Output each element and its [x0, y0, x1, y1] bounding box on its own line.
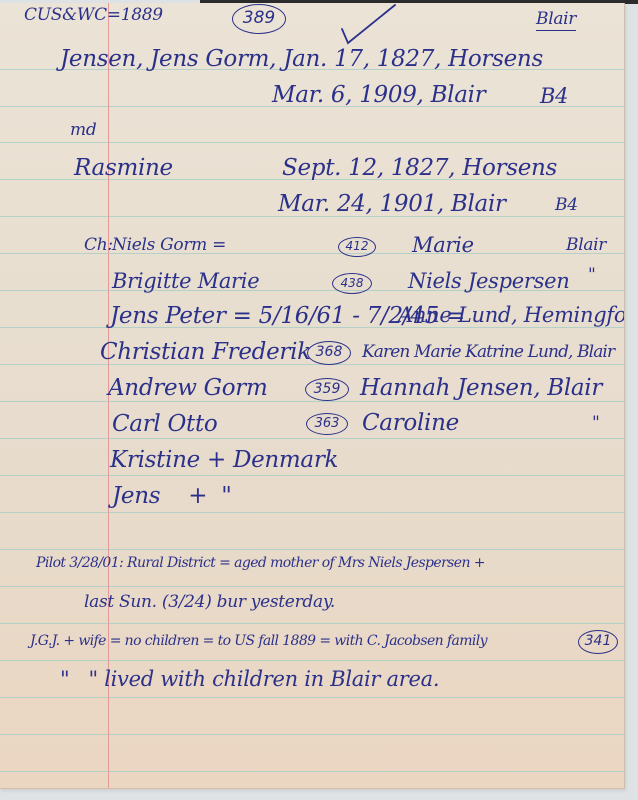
- child-name: Jens + ": [112, 483, 232, 509]
- subject-death: Mar. 6, 1909, Blair: [272, 82, 485, 108]
- child-record-circled: 368: [307, 341, 351, 365]
- location-tag: Blair: [536, 9, 576, 31]
- child-name: Andrew Gorm: [108, 375, 267, 401]
- rule-line: [0, 734, 624, 735]
- married-label: md: [70, 120, 96, 140]
- child-name: Carl Otto: [112, 411, 217, 437]
- spouse-death: Mar. 24, 1901, Blair: [278, 191, 506, 217]
- rule-line: [0, 364, 624, 365]
- ruled-paper-sheet: CUS&WC=1889 389 Blair Jensen, Jens Gorm,…: [0, 3, 625, 789]
- note-1-line-2: last Sun. (3/24) bur yesterday.: [84, 592, 335, 612]
- rule-line: [0, 697, 624, 698]
- spouse-death-code: B4: [555, 195, 578, 215]
- child-name: Niels Gorm =: [112, 235, 226, 255]
- spouse-name: Rasmine: [74, 155, 173, 181]
- rule-line: [0, 660, 624, 661]
- child-record-circled: 359: [305, 378, 349, 401]
- subject-name-birth: Jensen, Jens Gorm, Jan. 17, 1827, Horsen…: [60, 46, 543, 72]
- rule-line: [0, 438, 624, 439]
- child-spouse: Niels Jespersen: [408, 269, 569, 293]
- subject-death-code: B4: [540, 84, 568, 108]
- note-2-record-circled: 341: [578, 630, 618, 654]
- spouse-birth: Sept. 12, 1827, Horsens: [282, 155, 557, 181]
- child-name: Christian Frederik: [100, 339, 311, 365]
- record-number-circled: 389: [232, 4, 286, 34]
- rule-line: [0, 586, 624, 587]
- child-record-circled: 438: [332, 273, 372, 294]
- rule-line: [0, 142, 624, 143]
- rule-line: [0, 549, 624, 550]
- child-place: ": [592, 413, 600, 433]
- child-spouse: Anne Lund, Hemingford: [398, 303, 625, 327]
- child-name: Brigitte Marie: [112, 269, 259, 293]
- child-place: ": [588, 265, 596, 285]
- source-note: CUS&WC=1889: [24, 5, 163, 25]
- child-record-circled: 363: [306, 413, 348, 435]
- child-record-circled: 412: [338, 237, 376, 257]
- child-spouse: Karen Marie Katrine Lund, Blair: [362, 342, 614, 362]
- rule-line: [0, 623, 624, 624]
- rule-line: [0, 512, 624, 513]
- child-name: Kristine + Denmark: [110, 447, 338, 473]
- note-2-line-2: " " lived with children in Blair area.: [60, 667, 439, 691]
- child-spouse: Caroline: [362, 410, 459, 436]
- child-place: Blair: [566, 235, 606, 255]
- rule-line: [0, 771, 624, 772]
- rule-line: [0, 401, 624, 402]
- note-1-line-1: Pilot 3/28/01: Rural District = aged mot…: [36, 555, 485, 571]
- child-spouse: Marie: [412, 233, 474, 257]
- child-spouse: Hannah Jensen, Blair: [360, 375, 602, 401]
- rule-line: [0, 475, 624, 476]
- children-prefix: Ch:: [84, 235, 113, 255]
- note-2-line-1: J.G.J. + wife = no children = to US fall…: [30, 633, 487, 649]
